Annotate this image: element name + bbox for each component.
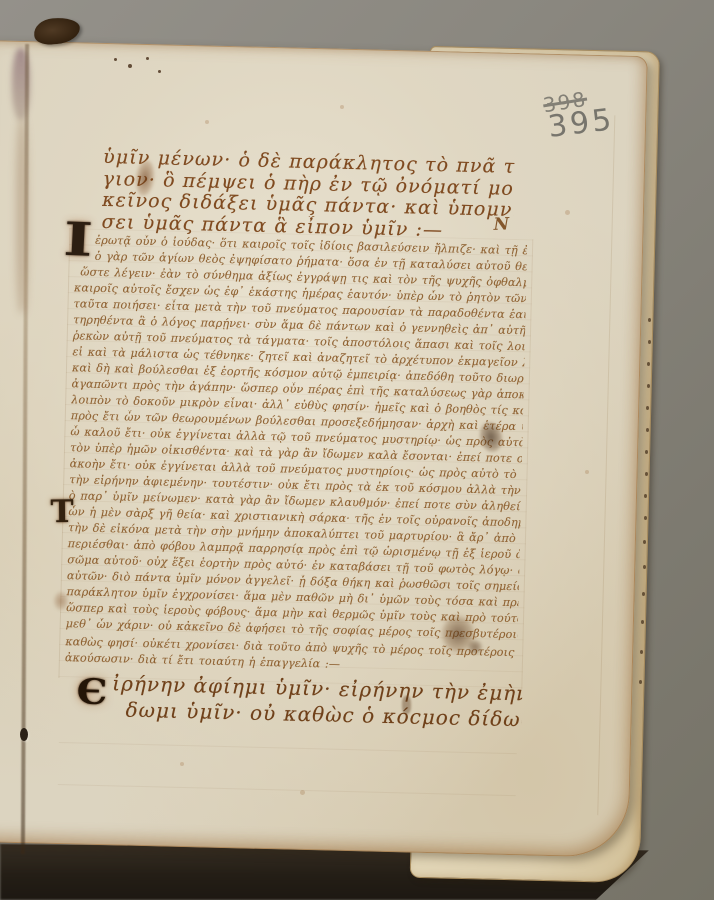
manuscript-photo: Ι ὑμῖν μένων· ὁ δὲ παράκλητος τὸ πνᾶ τὸ …: [0, 0, 714, 900]
ink-speck: [114, 58, 117, 61]
foxing-spot: [300, 790, 305, 795]
foxing-spot: [565, 210, 570, 215]
blind-ruling-line: [59, 742, 517, 754]
ink-speck: [158, 70, 161, 73]
foxing-spot: [205, 120, 209, 124]
foxing-spot: [585, 470, 589, 474]
worm-hole-dot: [647, 384, 650, 388]
worm-hole-dot: [646, 406, 649, 410]
worm-hole-dot: [648, 340, 651, 344]
worm-hole-dot: [639, 680, 642, 684]
worm-hole-dot: [648, 318, 651, 322]
gospel-initial: Є: [76, 671, 108, 713]
fore-edge-ruling-line: [597, 115, 615, 815]
gospel-footer-block: ἰρήνην ἀφίημι ὑμῖν· εἰρήνην τὴν ἐμὴν δί …: [111, 671, 522, 733]
ink-speck: [146, 57, 149, 60]
worm-hole-dot: [640, 650, 643, 654]
catena-commentary-block: ἐρωτᾷ οὖν ὁ ἰούδας· ὅτι καιροῖς τοῖς ἰδί…: [65, 233, 527, 678]
small-ink-mark: [402, 696, 411, 714]
foxing-spot: [340, 105, 344, 109]
worm-hole-dot: [643, 565, 646, 569]
gospel-lemma-heading: ὑμῖν μένων· ὁ δὲ παράκλητος τὸ πνᾶ τὸ ἅγ…: [101, 146, 515, 242]
ink-speck: [128, 64, 132, 68]
worm-hole-dot: [643, 540, 646, 544]
foxing-spot: [180, 762, 184, 766]
brown-blotch-stain: [468, 640, 482, 654]
worm-hole-dot: [647, 362, 650, 366]
worm-hole-dot: [645, 472, 648, 476]
manuscript-page: Ι ὑμῖν μένων· ὁ δὲ παράκλητος τὸ πνᾶ τὸ …: [0, 40, 648, 858]
worm-hole-dot: [644, 494, 647, 498]
worm-hole-dot: [644, 516, 647, 520]
binding-hole: [20, 728, 28, 741]
worm-hole-dot: [645, 450, 648, 454]
blind-ruling-line: [58, 784, 516, 796]
worm-hole-dot: [642, 592, 645, 596]
marginal-letter: Ν: [493, 214, 509, 234]
worm-hole-dot: [646, 428, 649, 432]
worm-hole-dot: [641, 620, 644, 624]
paragraph-initial: Τ: [50, 494, 73, 530]
margin-stain: [54, 592, 68, 610]
